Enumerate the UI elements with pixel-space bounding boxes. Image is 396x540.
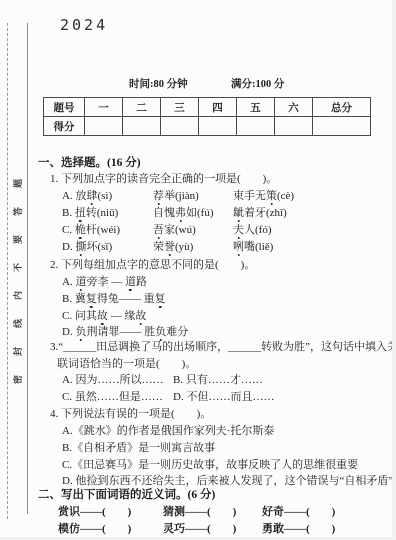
q1-c-col3: 夫人(fó) <box>233 221 272 237</box>
q1-d-col3: 咧嘴(liě) <box>233 238 273 254</box>
word-post: 举(jiàn) <box>164 190 199 202</box>
q3-option-c: C. 虽然……但是…… <box>62 388 163 404</box>
option-label: C. <box>62 224 72 236</box>
score-row-label: 得分 <box>44 117 85 136</box>
word-post: 杆(wéi) <box>86 224 120 236</box>
option-label: C. <box>62 310 72 322</box>
word-post: 荆请罪 <box>86 326 119 338</box>
dotted-char: 龇 <box>233 207 244 219</box>
dotted-char: 桅 <box>75 224 86 236</box>
dotted-char: 撕 <box>75 241 86 253</box>
score-table: 题号 一 二 三 四 五 六 总分 得分 <box>43 97 371 136</box>
q1-c-col1: C. 桅杆(wéi) <box>62 221 120 237</box>
dotted-char: 夫 <box>233 224 244 236</box>
section2-title: 二、写出下面词语的近义词。(6 分) <box>38 486 215 502</box>
word-post: 难分 <box>166 326 188 338</box>
word-pre: 缘 <box>124 310 135 322</box>
q3-option-b: B. 只有……才…… <box>173 371 263 387</box>
seal-solid-line <box>27 23 28 514</box>
dotted-char: 扭 <box>75 207 86 219</box>
q2-b-text: B. 冀复得兔—— 重复 <box>62 290 166 306</box>
seal-dashed-line <box>7 23 8 519</box>
dash: — <box>108 310 125 322</box>
full-score-label: 满分:100 分 <box>231 76 284 91</box>
q2-stem: 2. 下列每组加点字的意思不同的是( )。 <box>50 256 255 272</box>
option-label: B. <box>62 207 72 219</box>
score-cell-empty <box>161 117 199 136</box>
word-post: (cè) <box>277 190 294 202</box>
section1-title: 一、选择题。(16 分) <box>38 154 141 170</box>
dash: — <box>108 276 125 288</box>
score-cell-empty <box>237 117 275 136</box>
score-table-header-cell: 总分 <box>313 98 371 117</box>
synonym-item: 模仿——( ) <box>58 520 131 536</box>
word-post: 家(wú) <box>164 224 196 236</box>
synonym-item: 赏识——( ) <box>58 503 131 519</box>
score-table-header-cell: 一 <box>85 98 123 117</box>
score-table-header-cell: 六 <box>275 98 313 117</box>
q3-options-row1: A. 因为……所以…… B. 只有……才…… <box>0 371 396 388</box>
dotted-char: 吾 <box>153 224 164 236</box>
word-pre: 问其 <box>75 310 97 322</box>
synonym-item: 灵巧——( ) <box>163 520 236 536</box>
score-table-header-cell: 二 <box>123 98 161 117</box>
word-pre: 冀 <box>75 293 86 305</box>
dotted-char: 故 <box>97 310 108 322</box>
score-table-header-cell: 四 <box>199 98 237 117</box>
q1-b-col3: 龇着牙(zhī) <box>233 204 287 220</box>
score-cell-empty <box>313 117 371 136</box>
q2-c-text: C. 问其故 — 缘故 <box>62 307 146 323</box>
word-post: 坏(sī) <box>86 241 112 253</box>
word-post: (sì) <box>97 190 112 202</box>
word-post: 如(fú) <box>186 207 214 219</box>
word-post: 得兔 <box>97 293 119 305</box>
word-post: 转(niǔ) <box>86 207 118 219</box>
synonym-item: 勇敢——( ) <box>262 520 335 536</box>
dotted-char: 道 <box>75 276 86 288</box>
q1-stem: 1. 下列加点字的读音完全正确的一项是( )。 <box>50 170 277 186</box>
q3-option-a: A. 因为……所以…… <box>62 371 163 387</box>
dotted-char: 复 <box>86 293 97 305</box>
synonym-item: 猜测——( ) <box>163 503 236 519</box>
word-post: 着牙(zhī) <box>244 207 287 219</box>
word-post: 路 <box>136 276 147 288</box>
dash: —— <box>119 326 144 338</box>
q4-option-b: B.《自相矛盾》是一则寓言故事 <box>62 439 215 455</box>
q1-d-col1: D. 撕坏(sī) <box>62 238 112 254</box>
q1-a-col2: 荐举(jiàn) <box>153 187 199 203</box>
score-cell-empty <box>123 117 161 136</box>
dotted-char: 负 <box>155 326 166 338</box>
score-table-score-row: 得分 <box>44 117 371 136</box>
option-label: A. <box>62 276 73 288</box>
q1-row-c: C. 桅杆(wéi) 吾家(wú) 夫人(fó) <box>0 221 396 238</box>
q1-b-col1: B. 扭转(niǔ) <box>62 204 118 220</box>
dotted-char: 弗 <box>175 207 186 219</box>
q2-row-b: B. 冀复得兔—— 重复 <box>0 290 396 307</box>
dotted-char: 策 <box>266 190 277 202</box>
word-pre: 自愧 <box>153 207 175 219</box>
dotted-char: 故 <box>135 310 146 322</box>
word-post: (yù) <box>175 241 193 253</box>
score-table-header-cell: 题号 <box>44 98 85 117</box>
year-label: 2024 <box>60 16 108 34</box>
q3-stem-line2: 联词语恰当的一项是( )。 <box>57 355 196 371</box>
dotted-char: 负 <box>75 326 86 338</box>
synonym-row-2: 模仿——( ) 灵巧——( ) 勇敢——( ) <box>0 520 396 537</box>
q3-options-row2: C. 虽然……但是…… D. 不但……而且…… <box>0 388 396 405</box>
word-post: 旁李 <box>86 276 108 288</box>
q1-b-col2: 自愧弗如(fú) <box>153 204 214 220</box>
option-label: D. <box>62 241 73 253</box>
score-cell-empty <box>275 117 313 136</box>
score-cell-empty <box>85 117 123 136</box>
dotted-char: 道 <box>125 276 136 288</box>
score-table-header-cell: 五 <box>237 98 275 117</box>
word-pre: 放 <box>75 190 86 202</box>
dash: —— <box>119 293 144 305</box>
q2-a-text: A. 道旁李 — 道路 <box>62 273 147 289</box>
word-pre: 荣 <box>153 241 164 253</box>
q3-stem-line1: 3.“______田忌调换了马的出场顺序，______转败为胜”，这句话中填入关 <box>50 338 396 354</box>
word-post: 嘴(liě) <box>244 241 273 253</box>
q1-c-col2: 吾家(wú) <box>153 221 196 237</box>
dotted-char: 咧 <box>233 241 244 253</box>
q1-row-a: A. 放肆(sì) 荐举(jiàn) 束手无策(cè) <box>0 187 396 204</box>
exam-time-label: 时间:80 分钟 <box>129 76 188 91</box>
option-label: D. <box>62 326 73 338</box>
q1-a-col3: 束手无策(cè) <box>233 187 294 203</box>
q1-row-b: B. 扭转(niǔ) 自愧弗如(fú) 龇着牙(zhī) <box>0 204 396 221</box>
score-table-header-cell: 三 <box>161 98 199 117</box>
synonym-row-1: 赏识——( ) 猜测——( ) 好奇——( ) <box>0 503 396 520</box>
dotted-char: 誉 <box>164 241 175 253</box>
dotted-char: 荐 <box>153 190 164 202</box>
q1-d-col2: 荣誉(yù) <box>153 238 193 254</box>
score-table-header-row: 题号 一 二 三 四 五 六 总分 <box>44 98 371 117</box>
page-edge-right <box>392 0 396 540</box>
word-pre: 胜 <box>144 326 155 338</box>
dotted-char: 肆 <box>86 190 97 202</box>
synonym-item: 好奇——( ) <box>262 503 335 519</box>
q4-option-c: C.《田忌赛马》是一则历史故事，故事反映了人的思维很重要 <box>62 456 358 472</box>
q1-row-d: D. 撕坏(sī) 荣誉(yù) 咧嘴(liě) <box>0 238 396 255</box>
q2-d-text: D. 负荆请罪—— 胜负难分 <box>62 323 188 339</box>
word-post: 人(fó) <box>244 224 272 236</box>
word-pre: 重 <box>144 293 155 305</box>
option-label: A. <box>62 190 73 202</box>
option-label: B. <box>62 293 72 305</box>
q3-option-d: D. 不但……而且…… <box>173 388 274 404</box>
exam-paper-page: 2024 密封线内不要答题 时间:80 分钟 满分:100 分 题号 一 二 三… <box>0 0 396 540</box>
q2-row-c: C. 问其故 — 缘故 <box>0 307 396 324</box>
dotted-char: 复 <box>155 293 166 305</box>
word-pre: 束手无 <box>233 190 266 202</box>
q2-row-a: A. 道旁李 — 道路 <box>0 273 396 290</box>
q1-a-col1: A. 放肆(sì) <box>62 187 112 203</box>
q4-stem: 4. 下列说法有误的一项是( )。 <box>50 405 211 421</box>
score-cell-empty <box>199 117 237 136</box>
q4-option-a: A.《跳水》的作者是俄国作家列夫·托尔斯泰 <box>62 422 274 438</box>
